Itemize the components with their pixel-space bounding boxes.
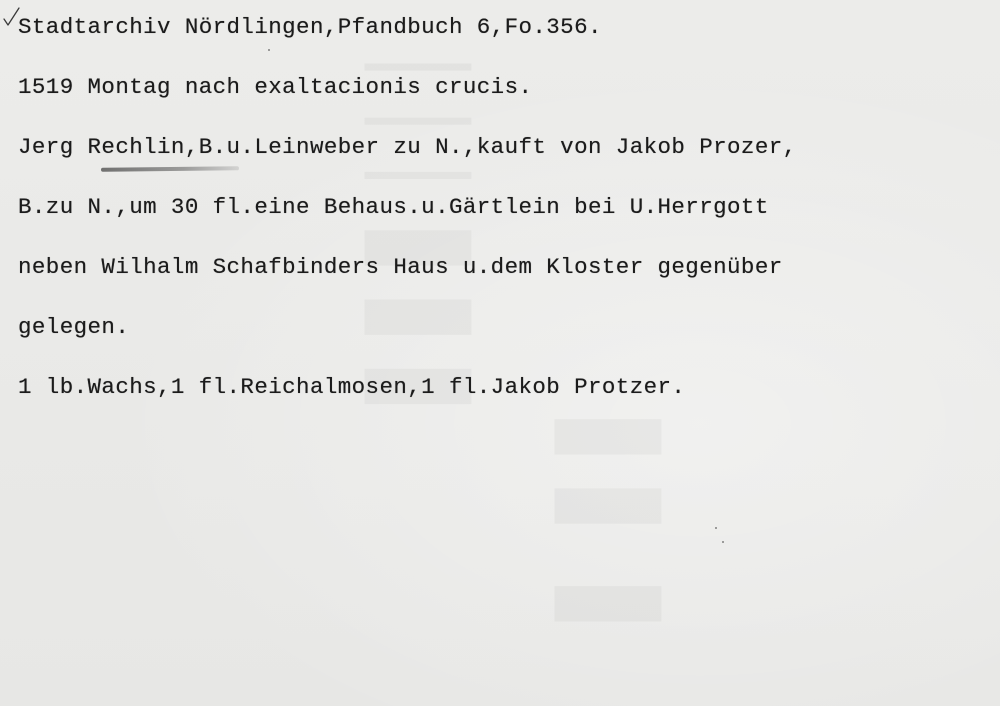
ink-speck	[268, 49, 270, 51]
text-line-4: B.zu N.,um 30 fl.eine Behaus.u.Gärtlein …	[18, 196, 769, 219]
source-reference-line: Stadtarchiv Nördlingen,Pfandbuch 6,Fo.35…	[18, 16, 602, 39]
name-underline	[101, 166, 239, 171]
ink-speck	[715, 527, 717, 529]
text-line-5: neben Wilhalm Schafbinders Haus u.dem Kl…	[18, 256, 783, 279]
fees-line: 1 lb.Wachs,1 fl.Reichalmosen,1 fl.Jakob …	[18, 376, 685, 399]
ink-speck	[722, 541, 724, 543]
index-card: │││ ▌▌▌ ▌▌ ▌ Stadtarchiv Nördlingen,Pfan…	[0, 0, 1000, 706]
text-line-6: gelegen.	[18, 316, 129, 339]
date-line: 1519 Montag nach exaltacionis crucis.	[18, 76, 532, 99]
reverse-side-bleed: ▌▌ ▌	[555, 420, 660, 656]
text-line-3: Jerg Rechlin,B.u.Leinweber zu N.,kauft v…	[18, 136, 797, 159]
